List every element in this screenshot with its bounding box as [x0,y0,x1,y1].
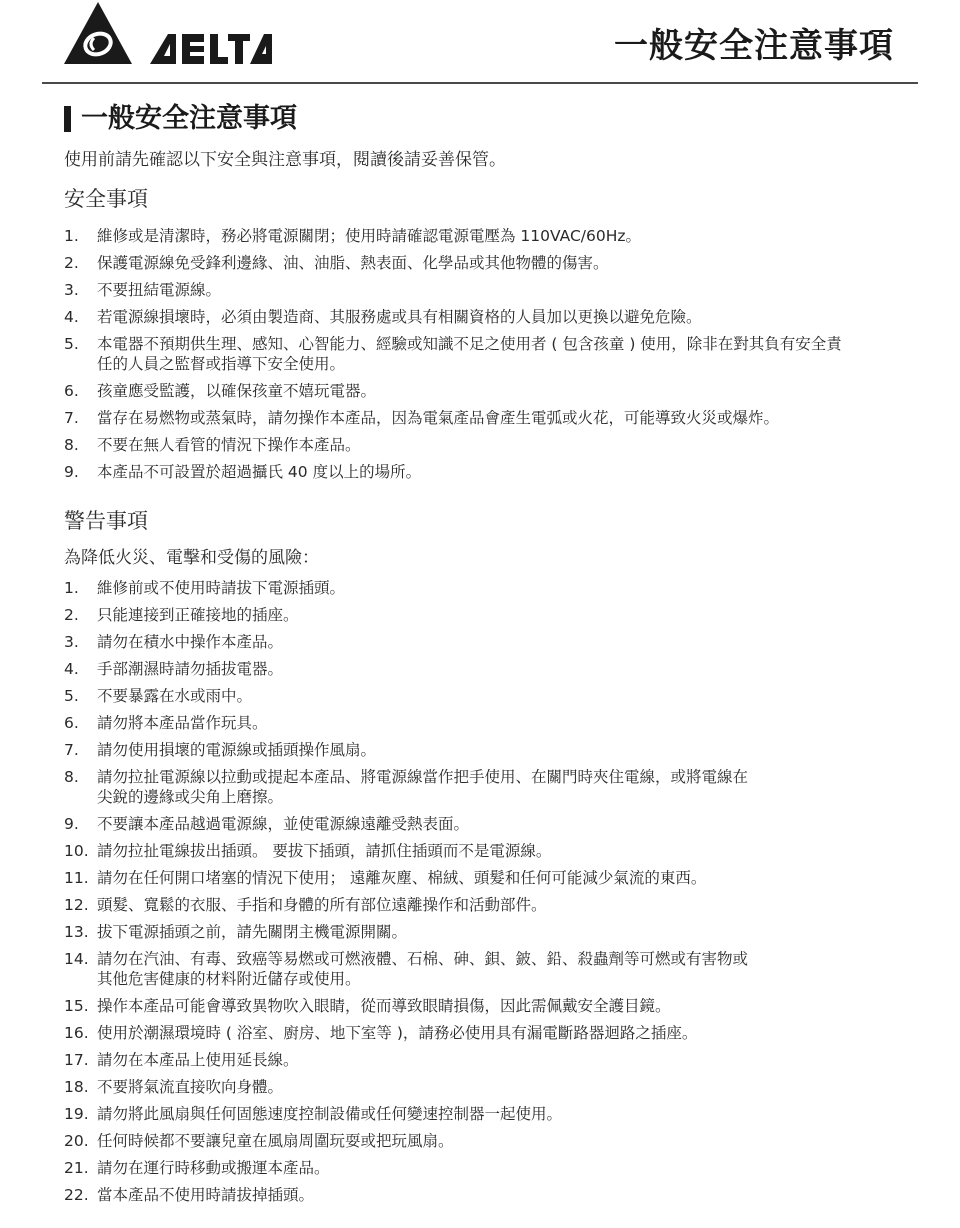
delta-logo [64,2,274,66]
list-item: 5.不要暴露在水或雨中。 [64,686,904,706]
list-item: 3.不要扭結電源線。 [64,280,904,300]
list-item: 22.當本產品不使用時請拔掉插頭。 [64,1185,904,1205]
delta-logo-icon [64,2,274,66]
header-divider [42,82,918,84]
list-item: 2.保護電源線免受鋒利邊緣、油、油脂、熱表面、化學品或其他物體的傷害。 [64,253,904,273]
list-item: 1.維修前或不使用時請拔下電源插頭。 [64,578,904,598]
list-item: 21.請勿在運行時移動或搬運本產品。 [64,1158,904,1178]
list-item: 3.請勿在積水中操作本產品。 [64,632,904,652]
list-item: 17.請勿在本產品上使用延長線。 [64,1050,904,1070]
list-item: 5.本電器不預期供生理、感知、心智能力、經驗或知識不足之使用者 ( 包含孩童 )… [64,334,904,374]
list-item: 8.不要在無人看管的情況下操作本產品。 [64,435,904,455]
header-title: 一般安全注意事項 [614,22,894,70]
heading-bar-icon [64,106,71,132]
list-item: 6.孩童應受監護，以確保孩童不嬉玩電器。 [64,381,904,401]
safety-section-title: 安全事項 [64,184,148,214]
list-item: 6.請勿將本產品當作玩具。 [64,713,904,733]
list-item: 15.操作本產品可能會導致異物吹入眼睛，從而導致眼睛損傷，因此需佩戴安全護目鏡。 [64,996,904,1016]
page-header: 一般安全注意事項 [0,0,960,84]
list-item: 16.使用於潮濕環境時 ( 浴室、廚房、地下室等 )，請務必使用具有漏電斷路器迴… [64,1023,904,1043]
page-heading-text: 一般安全注意事項 [81,100,297,138]
list-item: 4.手部潮濕時請勿插拔電器。 [64,659,904,679]
list-item: 13.拔下電源插頭之前，請先關閉主機電源開關。 [64,922,904,942]
warning-intro: 為降低火災、電擊和受傷的風險： [64,544,319,572]
list-item: 9.不要讓本產品越過電源線，並使電源線遠離受熱表面。 [64,814,904,834]
list-item: 18.不要將氣流直接吹向身體。 [64,1077,904,1097]
list-item: 14.請勿在汽油、有毒、致癌等易燃或可燃液體、石棉、砷、鋇、鈹、鉛、殺蟲劑等可燃… [64,949,904,989]
list-item: 7.當存在易燃物或蒸氣時，請勿操作本產品，因為電氣產品會產生電弧或火花，可能導致… [64,408,904,428]
list-item: 20.任何時候都不要讓兒童在風扇周圍玩耍或把玩風扇。 [64,1131,904,1151]
safety-list: 1.維修或是清潔時，務必將電源關閉；使用時請確認電源電壓為 110VAC/60H… [64,226,904,489]
warning-section-title: 警告事項 [64,506,148,536]
list-item: 7.請勿使用損壞的電源線或插頭操作風扇。 [64,740,904,760]
list-item: 11.請勿在任何開口堵塞的情況下使用； 遠離灰塵、棉絨、頭髮和任何可能減少氣流的… [64,868,904,888]
list-item: 2.只能連接到正確接地的插座。 [64,605,904,625]
list-item: 19.請勿將此風扇與任何固態速度控制設備或任何變速控制器一起使用。 [64,1104,904,1124]
intro-text: 使用前請先確認以下安全與注意事項，閱讀後請妥善保管。 [64,146,506,174]
list-item: 8.請勿拉扯電源線以拉動或提起本產品、將電源線當作把手使用、在關門時夾住電線，或… [64,767,904,807]
list-item: 1.維修或是清潔時，務必將電源關閉；使用時請確認電源電壓為 110VAC/60H… [64,226,904,246]
list-item: 4.若電源線損壞時，必須由製造商、其服務處或具有相關資格的人員加以更換以避免危險… [64,307,904,327]
page-heading: 一般安全注意事項 [64,100,297,138]
list-item: 9.本產品不可設置於超過攝氏 40 度以上的場所。 [64,462,904,482]
list-item: 12.頭髮、寬鬆的衣服、手指和身體的所有部位遠離操作和活動部件。 [64,895,904,915]
warning-list: 1.維修前或不使用時請拔下電源插頭。 2.只能連接到正確接地的插座。 3.請勿在… [64,578,904,1212]
list-item: 10.請勿拉扯電線拔出插頭。 要拔下插頭，請抓住插頭而不是電源線。 [64,841,904,861]
